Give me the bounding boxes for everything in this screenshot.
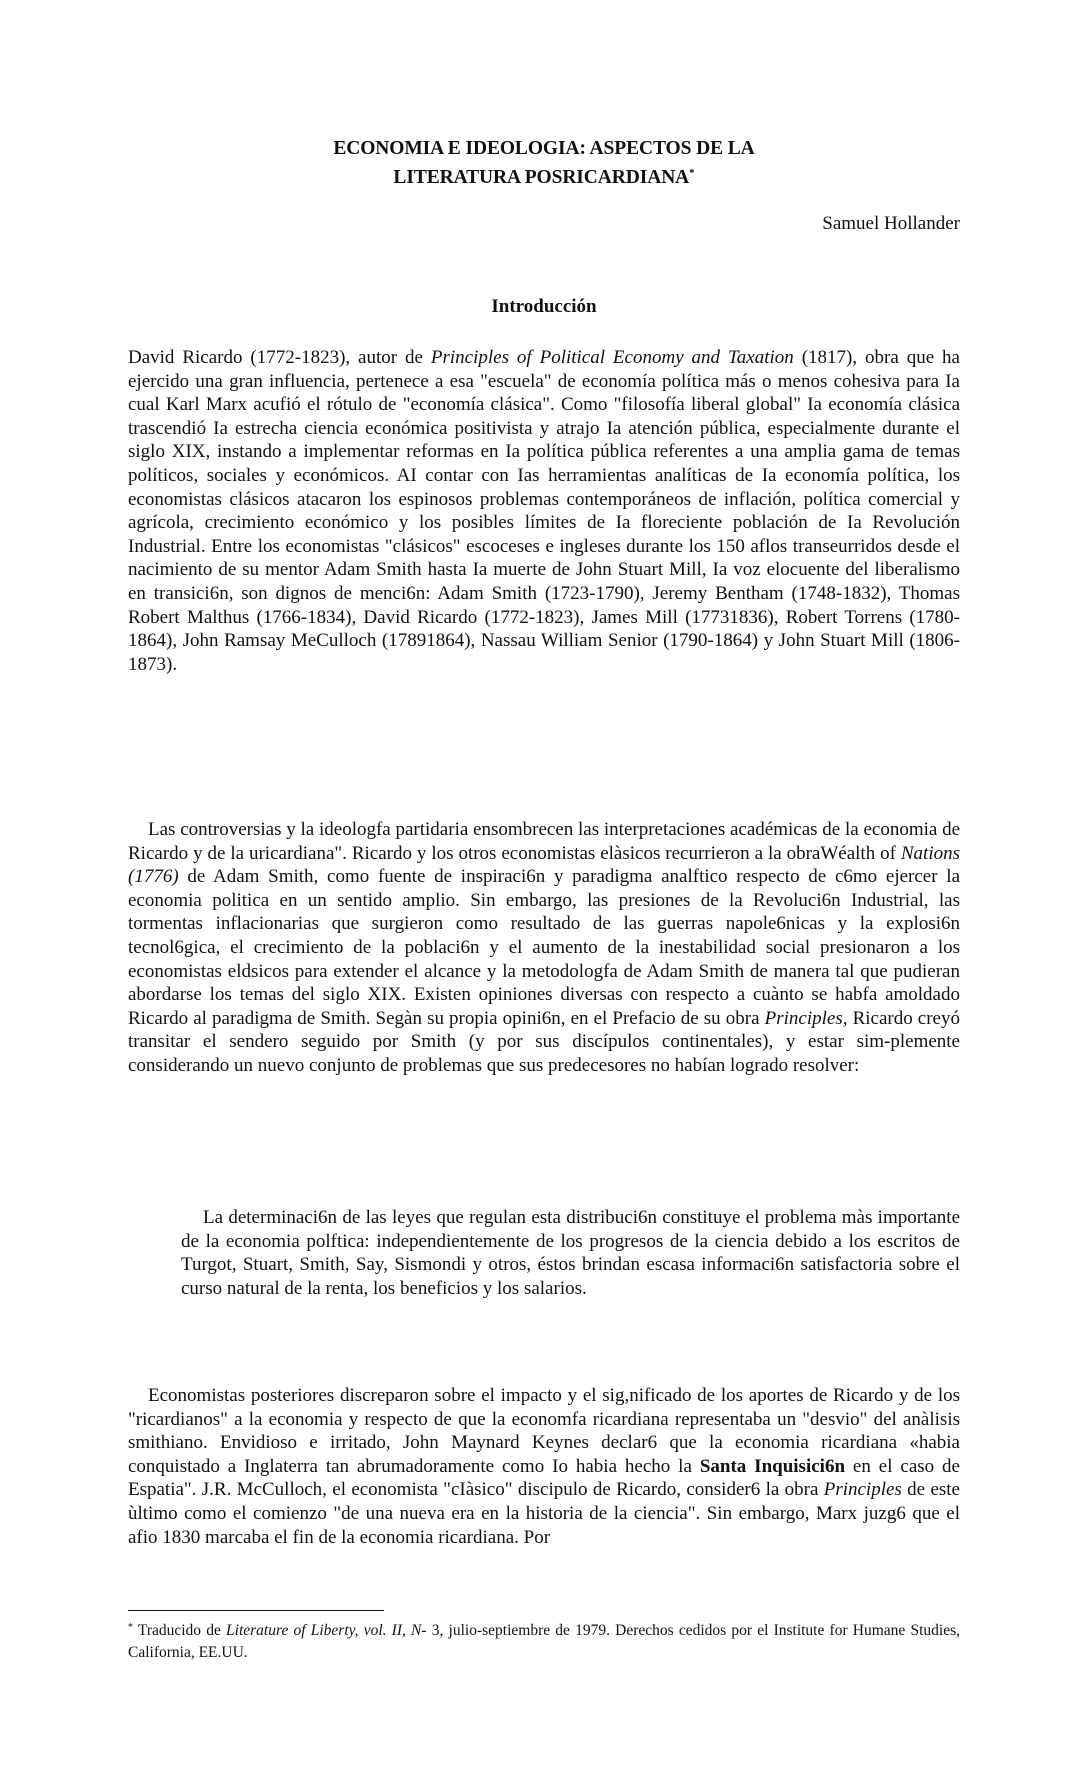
paragraph-3: Economistas posteriores discreparon sobr… — [128, 1384, 960, 1549]
p3-italic-principles: Principles — [824, 1479, 902, 1500]
p2-text-a: Las controversias y la ideologfa partida… — [128, 819, 960, 864]
footnote: * Traducido de Literature of Liberty, vo… — [128, 1617, 960, 1664]
p1-text-b: (1817), obra que ha ejercido una gran in… — [128, 347, 960, 675]
p3-bold-inquisicion: Santa Inquisici6n — [700, 1456, 845, 1477]
footnote-text-a: Traducido de — [133, 1622, 226, 1639]
paragraph-1: David Ricardo (1772-1823), autor de Prin… — [128, 346, 960, 676]
section-heading: Introducción — [0, 296, 1088, 318]
p1-book-title: Principles of Political Economy and Taxa… — [431, 347, 794, 368]
author-name: Samuel Hollander — [822, 213, 960, 235]
p1-text-a: David Ricardo (1772-1823), autor de — [128, 347, 431, 368]
footnote-source-title: Literature of Liberty, vol. II, N- — [226, 1622, 427, 1639]
block-quote: La determinaci6n de las leyes que regula… — [181, 1206, 960, 1300]
paragraph-2: Las controversias y la ideologfa partida… — [128, 818, 960, 1078]
title-footnote-marker: * — [689, 167, 694, 179]
title-line-1: ECONOMIA E IDEOLOGIA: ASPECTOS DE LA — [0, 137, 1088, 161]
p2-italic-principles: Principles, — [765, 1008, 848, 1029]
title-line-2-text: LITERATURA POSRICARDIANA — [393, 167, 689, 188]
article-title: ECONOMIA E IDEOLOGIA: ASPECTOS DE LA LIT… — [0, 137, 1088, 190]
footnote-divider — [128, 1610, 384, 1611]
title-line-2: LITERATURA POSRICARDIANA* — [0, 161, 1088, 190]
p2-text-b: de Adam Smith, como fuente de inspiraci6… — [128, 866, 960, 1029]
document-page: ECONOMIA E IDEOLOGIA: ASPECTOS DE LA LIT… — [0, 0, 1088, 1792]
